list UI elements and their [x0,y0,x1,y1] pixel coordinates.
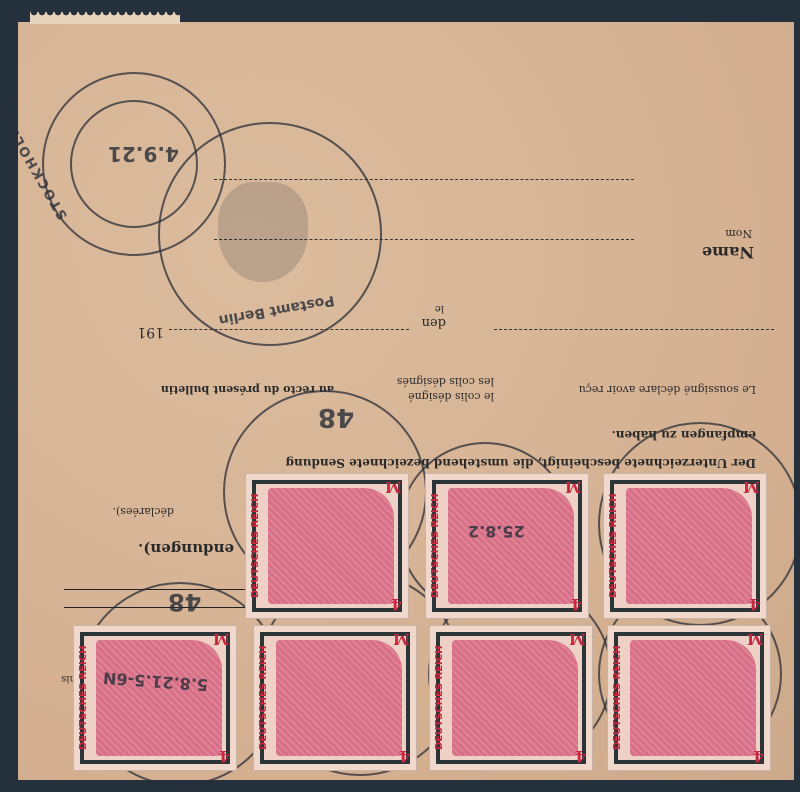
berlin-48-text-a: 48 [318,402,354,432]
stamp: DEUTSCHES REICH M4 [430,626,592,770]
date-cancel-text-b: 25.8.2 [468,522,525,541]
parcel-card: Name Nom den le 191 Le soussigné déclare… [18,22,794,780]
date-den: den [422,315,446,330]
date-line [494,329,774,330]
stamp: DEUTSCHES REICH M4 [246,474,408,618]
berlin-48-text-b: 48 [168,588,201,616]
date-le: le [435,303,444,314]
declaration-fr-brace-1: le colis désigné [408,390,494,403]
nom-label: Nom [725,227,752,240]
stamp: DEUTSCHES REICH M4 [608,626,770,770]
fragment-endungen: endungen). [138,540,234,558]
year-prefix: 191 [137,324,164,340]
stamp: DEUTSCHES REICH M4 [254,626,416,770]
stamp: DEUTSCHES REICH M4 [74,626,236,770]
stamp: DEUTSCHES REICH M4 [426,474,588,618]
fragment-declarees: déclarées). [113,505,175,518]
name-label: Name [702,243,754,262]
stamp: DEUTSCHES REICH M4 [604,474,766,618]
eagle-icon [218,182,308,282]
declaration-fr-left: Le soussigné déclare avoir reçu [579,383,756,396]
stockholm-postmark-date: 4.9.21 [108,142,179,166]
declaration-fr-brace-2: les colis désignés [397,375,494,388]
perforated-edge [30,12,180,24]
